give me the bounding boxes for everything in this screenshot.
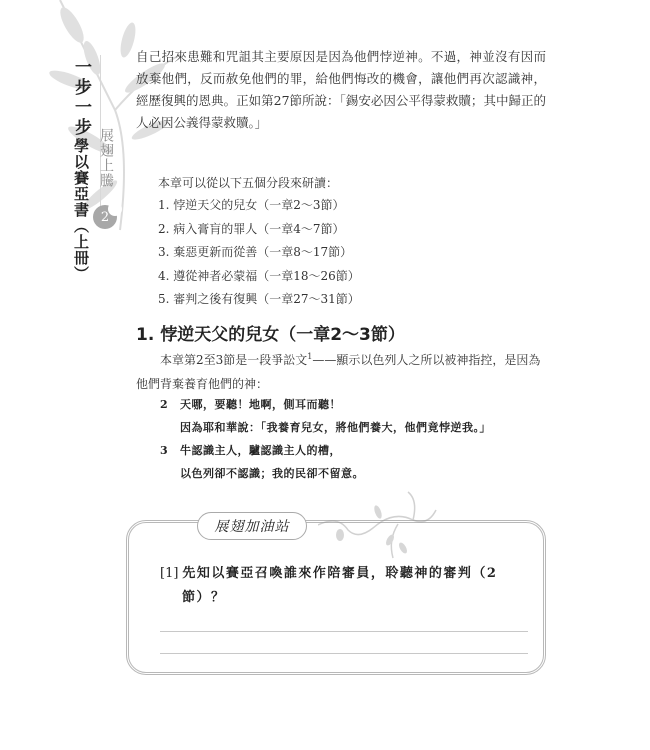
section-paragraph: 本章第2至3節是一段爭訟文1——顯示以色列人之所以被神指控，是因為他們背棄養育他…: [136, 345, 546, 396]
booster-tab-label: 展翅加油站: [197, 512, 307, 540]
outline-item: 2. 病入膏肓的罪人（一章4～7節）: [158, 218, 360, 242]
question-1: [1]先知以賽亞召喚誰來作陪審員，聆聽神的審判（2 節）？: [160, 562, 532, 610]
question-text-line-1: 先知以賽亞召喚誰來作陪審員，聆聽神的審判（2: [182, 566, 497, 581]
section-heading: 1. 悖逆天父的兒女（一章2～3節）: [136, 320, 405, 345]
outline-item: 1. 悖逆天父的兒女（一章2～3節）: [158, 194, 360, 218]
intro-paragraph: 自己招來患難和咒詛其主要原因是因為他們悖逆神。不過，神並沒有因而放棄他們，反而赦…: [136, 46, 546, 134]
verse-line: 3牛認識主人，驢認識主人的槽，: [160, 442, 341, 458]
section-paragraph-part-1: 本章第2至3節是一段爭訟文: [160, 353, 307, 367]
question-number: [1]: [160, 566, 178, 581]
verse-number: 2: [160, 398, 180, 411]
chapter-number: 2: [101, 210, 109, 225]
verse-line: 2天哪，要聽！地啊，側耳而聽！: [160, 396, 341, 412]
outline-item: 5. 審判之後有復興（一章27～31節）: [158, 288, 360, 312]
outline-item: 3. 棄惡更新而從善（一章8～17節）: [158, 241, 360, 265]
verse-text: 天哪，要聽！地啊，側耳而聽！: [180, 398, 341, 411]
question-text-line-2: 節）？: [160, 586, 532, 610]
outline-list: 1. 悖逆天父的兒女（一章2～3節） 2. 病入膏肓的罪人（一章4～7節） 3.…: [158, 194, 360, 312]
verse-line: 因為耶和華說：「我養育兒女，將他們養大，他們竟悖逆我。」: [160, 419, 491, 435]
verse-number: 3: [160, 444, 180, 457]
verse-line: 以色列卻不認識；我的民卻不留意。: [160, 465, 364, 481]
book-title: 一步一步學以賽亞書（上冊）: [72, 58, 89, 282]
answer-line[interactable]: [160, 653, 528, 654]
chapter-title: 展翅上騰: [99, 128, 113, 188]
book-title-part-1: 一步: [71, 58, 91, 98]
verse-text: 牛認識主人，驢認識主人的槽，: [180, 444, 341, 457]
outline-intro: 本章可以從以下五個分段來研讀：: [158, 174, 338, 191]
answer-line[interactable]: [160, 631, 528, 632]
book-title-part-3: 學以賽亞書（上冊）: [72, 138, 90, 282]
vine-decoration-icon: [318, 490, 448, 560]
outline-item: 4. 遵從神者必蒙福（一章18～26節）: [158, 265, 360, 289]
book-title-part-2: 一步: [71, 98, 91, 138]
verse-text: 以色列卻不認識；我的民卻不留意。: [180, 467, 364, 480]
chapter-number-badge: 2: [93, 205, 117, 229]
verse-text: 因為耶和華說：「我養育兒女，將他們養大，他們竟悖逆我。」: [180, 421, 491, 434]
